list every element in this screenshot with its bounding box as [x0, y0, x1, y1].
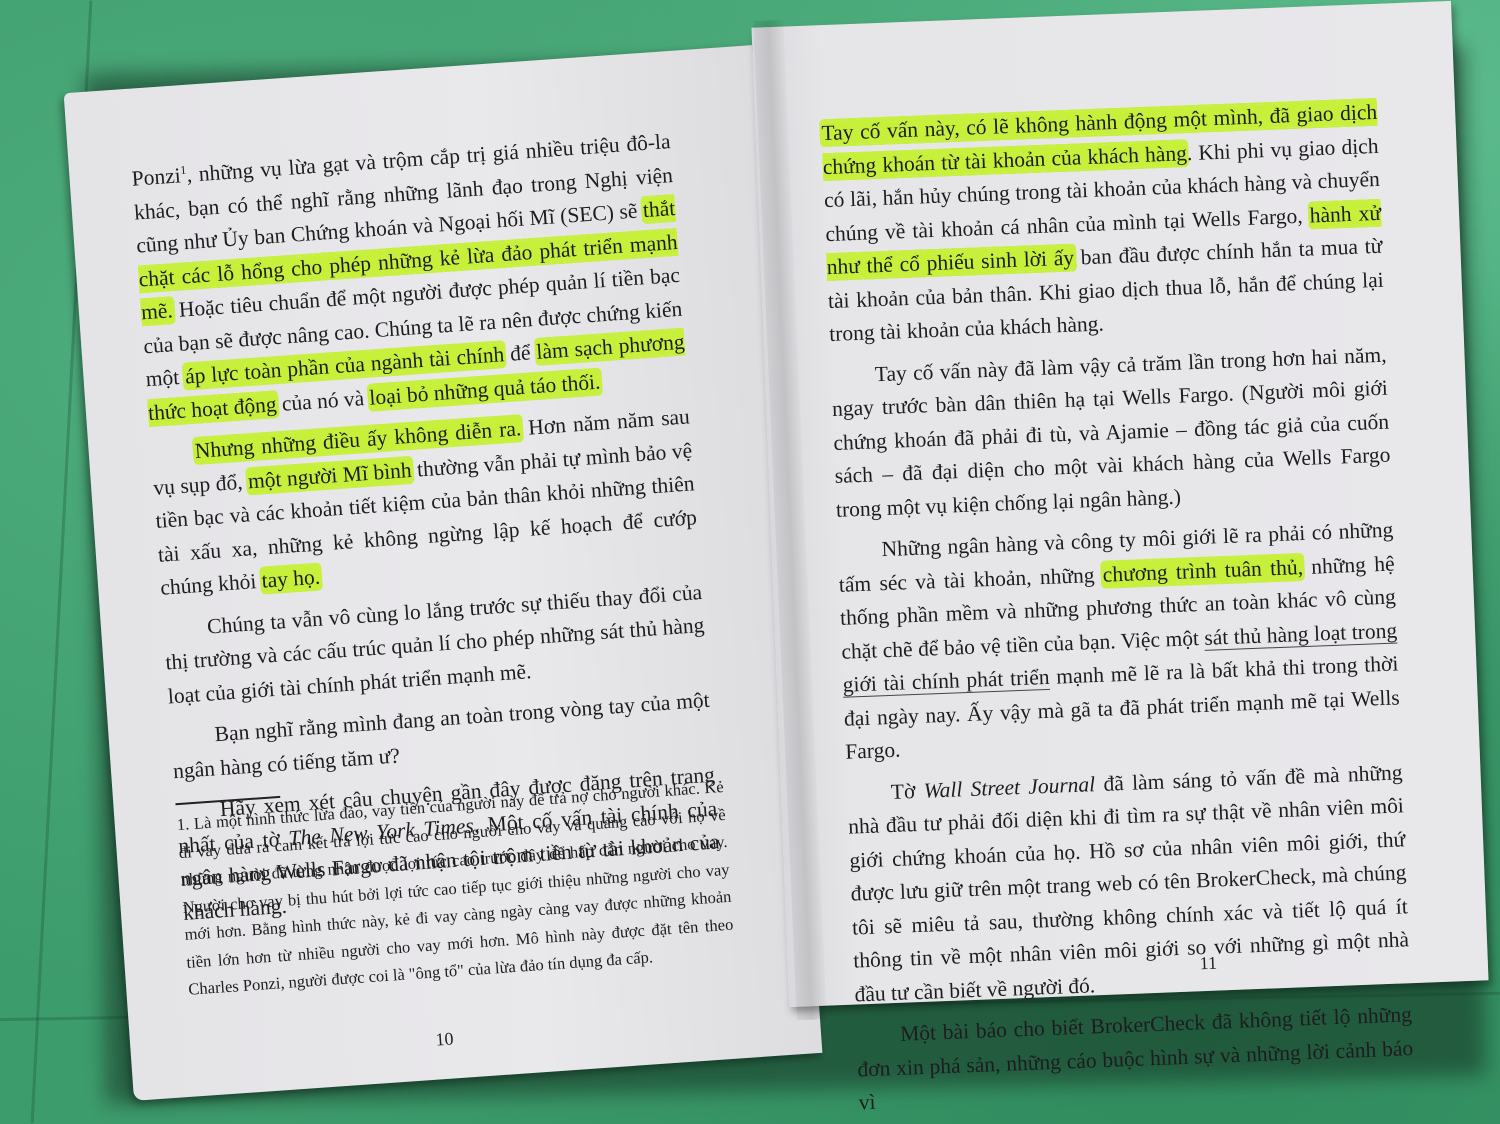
highlighted-text: một người Mĩ bình	[247, 457, 412, 492]
book-page-right: Tay cố vấn này, có lẽ không hành động mộ…	[751, 1, 1488, 1007]
text-run: mạnh mẽ lẽ ra là bất khả thi trong thời …	[844, 651, 1401, 763]
footnote: 1. Là một hình thức lừa đảo, vay tiền củ…	[176, 773, 736, 1003]
paragraph: Một bài báo cho biết BrokerCheck đã khôn…	[856, 998, 1415, 1120]
text-run: để	[503, 340, 537, 366]
page-number-right: 11	[1199, 953, 1217, 975]
highlighted-text: chương trình tuân thủ,	[1102, 555, 1303, 587]
italic-title: Wall Street Journal	[923, 772, 1095, 803]
paragraph: Nhưng những điều ấy không diễn ra. Hơn n…	[150, 400, 700, 605]
paragraph: Tay cố vấn này, có lẽ không hành động mộ…	[821, 96, 1386, 352]
paragraph: Tay cố vấn này đã làm vậy cả trăm lần tr…	[830, 338, 1392, 527]
text-run: của nó và	[276, 385, 371, 415]
page-number-left: 10	[435, 1028, 454, 1050]
text-run: Ponzi	[131, 163, 182, 190]
highlighted-text: tay họ.	[261, 565, 321, 593]
text-run: Tờ	[890, 778, 924, 803]
paragraph: Những ngân hàng và công ty môi giới lẽ r…	[837, 514, 1402, 770]
text-run: Một bài báo cho biết BrokerCheck đã khôn…	[857, 1002, 1414, 1114]
book-page-left: Ponzi1, những vụ lừa gạt và trộm cắp trị…	[64, 45, 823, 1101]
text-run: ban đầu được chính hắn ta mua từ tài kho…	[828, 234, 1385, 346]
right-page-body: Tay cố vấn này, có lẽ không hành động mộ…	[821, 96, 1415, 1124]
text-run: Tay cố vấn này đã làm vậy cả trăm lần tr…	[832, 342, 1391, 521]
paragraph: Tờ Wall Street Journal đã làm sáng tỏ vấ…	[846, 756, 1411, 1012]
highlighted-text: loại bỏ những quả táo thối.	[369, 369, 602, 409]
paragraph: Ponzi1, những vụ lừa gạt và trộm cắp trị…	[131, 125, 688, 430]
text-run: thường vẫn phải tự mình bảo vệ tiền bạc …	[155, 438, 698, 600]
